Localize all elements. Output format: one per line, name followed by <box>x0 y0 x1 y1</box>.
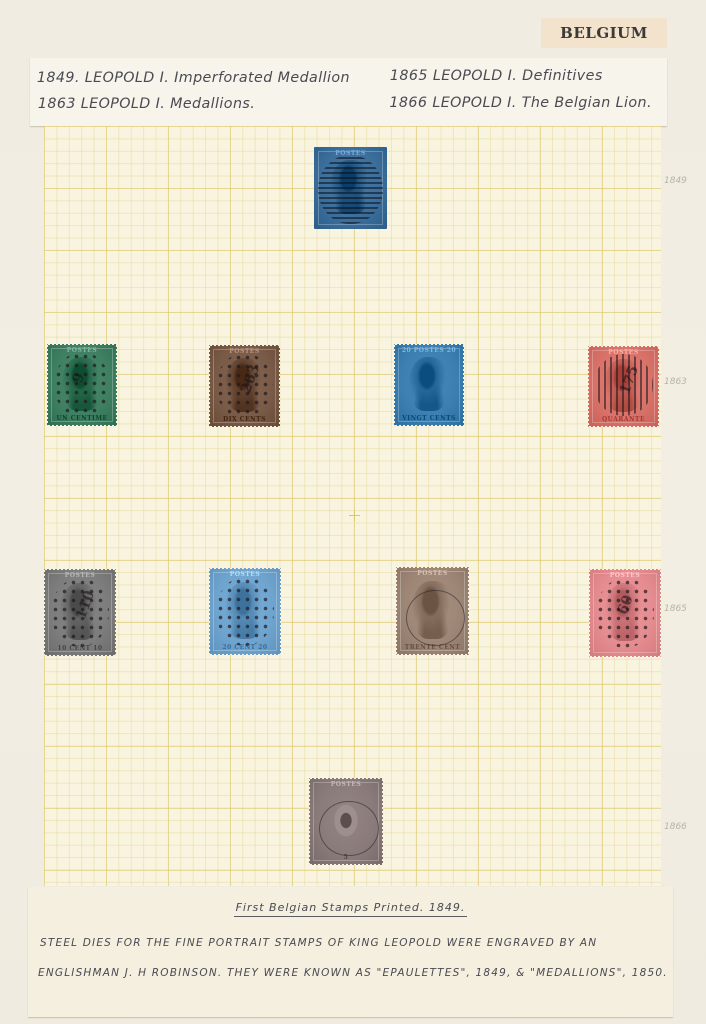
perforation-edge <box>209 345 280 427</box>
stamp-1849-20c: POSTES <box>314 147 387 229</box>
header-note-1865: 1865 LEOPOLD I. Definitives <box>390 68 603 84</box>
center-crosshair-mark <box>349 510 360 521</box>
header-note-1863: 1863 LEOPOLD I. Medallions. <box>38 96 255 112</box>
perforation-edge <box>47 344 117 426</box>
stamp-1865-30c: POSTESTRENTE CENT <box>396 567 469 655</box>
year-marker: 1849 <box>664 176 687 186</box>
footer-note: First Belgian Stamps Printed. 1849. Stee… <box>28 887 673 1017</box>
stamp-1865-10c: POSTES10 CENT 10110 <box>44 569 116 656</box>
quadrille-grid <box>44 126 661 886</box>
stamp-1863-10c: POSTESDIX CENTS263 <box>209 345 280 427</box>
stamp-1866-5c: POSTES5 <box>309 778 383 865</box>
header-note-1849: 1849. LEOPOLD I. Imperforated Medallion <box>37 70 350 86</box>
stamp-1863-40c: POSTESQUARANTE175 <box>588 346 659 427</box>
country-label: BELGIUM <box>541 18 667 48</box>
postmark-cancel <box>318 155 382 224</box>
footer-title: First Belgian Stamps Printed. 1849. <box>28 901 673 914</box>
footer-text-line: Steel Dies for the fine Portrait stamps … <box>40 937 663 949</box>
perforation-edge <box>589 569 661 657</box>
stamp-1865-20c: POSTES20 CENT 20 <box>209 568 281 655</box>
year-marker: 1863 <box>664 377 687 387</box>
perforation-edge <box>396 567 469 655</box>
year-marker: 1866 <box>664 822 687 832</box>
album-page: BELGIUM 1849. LEOPOLD I. Imperforated Me… <box>0 0 706 1024</box>
stamp-1863-1c: POSTESUN CENTIME9 <box>47 344 117 426</box>
perforation-edge <box>309 778 383 865</box>
perforation-edge <box>209 568 281 655</box>
stamp-1863-20c: 20 POSTES 20VINGT CENTS <box>394 344 464 426</box>
perforation-edge <box>394 344 464 426</box>
perforation-edge <box>44 569 116 656</box>
year-marker: 1865 <box>664 604 687 614</box>
footer-text-line: Englishman J. H Robinson. They were know… <box>38 967 663 979</box>
footer-title-text: First Belgian Stamps Printed. 1849. <box>234 901 468 917</box>
header-note-1866: 1866 LEOPOLD I. The Belgian Lion. <box>389 95 651 111</box>
header-notes: 1849. LEOPOLD I. Imperforated Medallion … <box>30 58 667 126</box>
perforation-edge <box>588 346 659 427</box>
stamp-1865-40c: POSTES60 <box>589 569 661 657</box>
